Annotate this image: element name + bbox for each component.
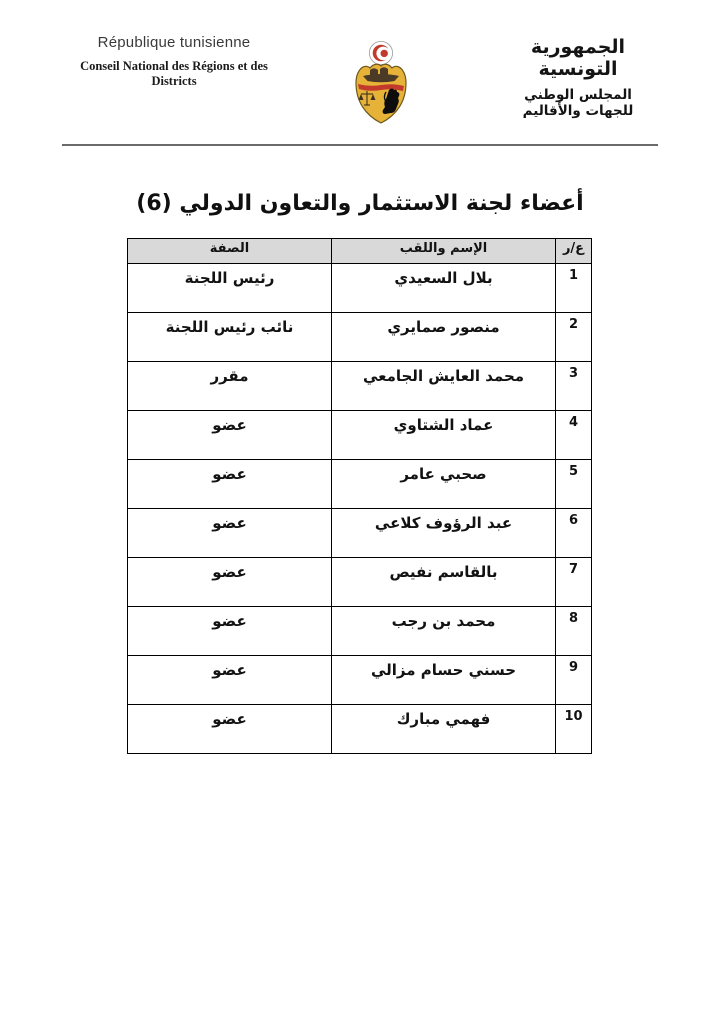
header-right-block: الجمهورية التونسية المجلس الوطني للجهات … bbox=[498, 36, 658, 119]
cell-name: فهمي مبارك bbox=[332, 705, 556, 754]
table-row: 3محمد العايش الجامعيمقرر bbox=[128, 362, 592, 411]
cell-number: 2 bbox=[556, 313, 592, 362]
cell-number: 5 bbox=[556, 460, 592, 509]
cell-role: عضو bbox=[128, 558, 332, 607]
cell-number: 9 bbox=[556, 656, 592, 705]
cell-name: عبد الرؤوف كلاعي bbox=[332, 509, 556, 558]
cell-number: 8 bbox=[556, 607, 592, 656]
cell-role: رئيس اللجنة bbox=[128, 264, 332, 313]
page-title: أعضاء لجنة الاستثمار والتعاون الدولي (6) bbox=[0, 191, 720, 216]
cell-number: 10 bbox=[556, 705, 592, 754]
table-row: 2منصور صمايرينائب رئيس اللجنة bbox=[128, 313, 592, 362]
cell-name: بالقاسم نفيص bbox=[332, 558, 556, 607]
table-row: 5صحبي عامرعضو bbox=[128, 460, 592, 509]
cell-name: محمد العايش الجامعي bbox=[332, 362, 556, 411]
members-table-body: 1بلال السعيديرئيس اللجنة2منصور صمايرينائ… bbox=[128, 264, 592, 754]
cell-role: عضو bbox=[128, 509, 332, 558]
cell-role: نائب رئيس اللجنة bbox=[128, 313, 332, 362]
cell-name: صحبي عامر bbox=[332, 460, 556, 509]
header-divider bbox=[62, 144, 658, 146]
cell-number: 1 bbox=[556, 264, 592, 313]
header-left-block: République tunisienne Conseil National d… bbox=[64, 34, 284, 89]
cell-name: محمد بن رجب bbox=[332, 607, 556, 656]
tunisia-coat-of-arms-icon bbox=[353, 40, 409, 126]
council-name-ar: المجلس الوطني للجهات والأقاليم bbox=[498, 87, 658, 119]
cell-name: حسني حسام مزالي bbox=[332, 656, 556, 705]
republic-name-fr: République tunisienne bbox=[64, 34, 284, 51]
cell-name: منصور صمايري bbox=[332, 313, 556, 362]
cell-role: عضو bbox=[128, 411, 332, 460]
header-cell-number: ع/ر bbox=[556, 239, 592, 264]
members-table: ع/ر الإسم واللقب الصفة 1بلال السعيديرئيس… bbox=[127, 238, 592, 754]
cell-number: 7 bbox=[556, 558, 592, 607]
header-cell-name: الإسم واللقب bbox=[332, 239, 556, 264]
table-row: 6عبد الرؤوف كلاعيعضو bbox=[128, 509, 592, 558]
cell-role: عضو bbox=[128, 656, 332, 705]
cell-role: عضو bbox=[128, 607, 332, 656]
cell-role: عضو bbox=[128, 460, 332, 509]
table-header-row: ع/ر الإسم واللقب الصفة bbox=[128, 239, 592, 264]
cell-name: بلال السعيدي bbox=[332, 264, 556, 313]
table-row: 9حسني حسام مزاليعضو bbox=[128, 656, 592, 705]
cell-number: 6 bbox=[556, 509, 592, 558]
cell-role: مقرر bbox=[128, 362, 332, 411]
cell-name: عماد الشتاوي bbox=[332, 411, 556, 460]
cell-number: 3 bbox=[556, 362, 592, 411]
document-page: République tunisienne Conseil National d… bbox=[0, 0, 720, 1018]
republic-name-ar: الجمهورية التونسية bbox=[498, 36, 658, 80]
table-row: 4عماد الشتاويعضو bbox=[128, 411, 592, 460]
header-cell-role: الصفة bbox=[128, 239, 332, 264]
cell-number: 4 bbox=[556, 411, 592, 460]
table-row: 1بلال السعيديرئيس اللجنة bbox=[128, 264, 592, 313]
council-name-fr: Conseil National des Régions et des Dist… bbox=[64, 59, 284, 89]
cell-role: عضو bbox=[128, 705, 332, 754]
table-row: 10فهمي مباركعضو bbox=[128, 705, 592, 754]
table-row: 8محمد بن رجبعضو bbox=[128, 607, 592, 656]
table-row: 7بالقاسم نفيصعضو bbox=[128, 558, 592, 607]
